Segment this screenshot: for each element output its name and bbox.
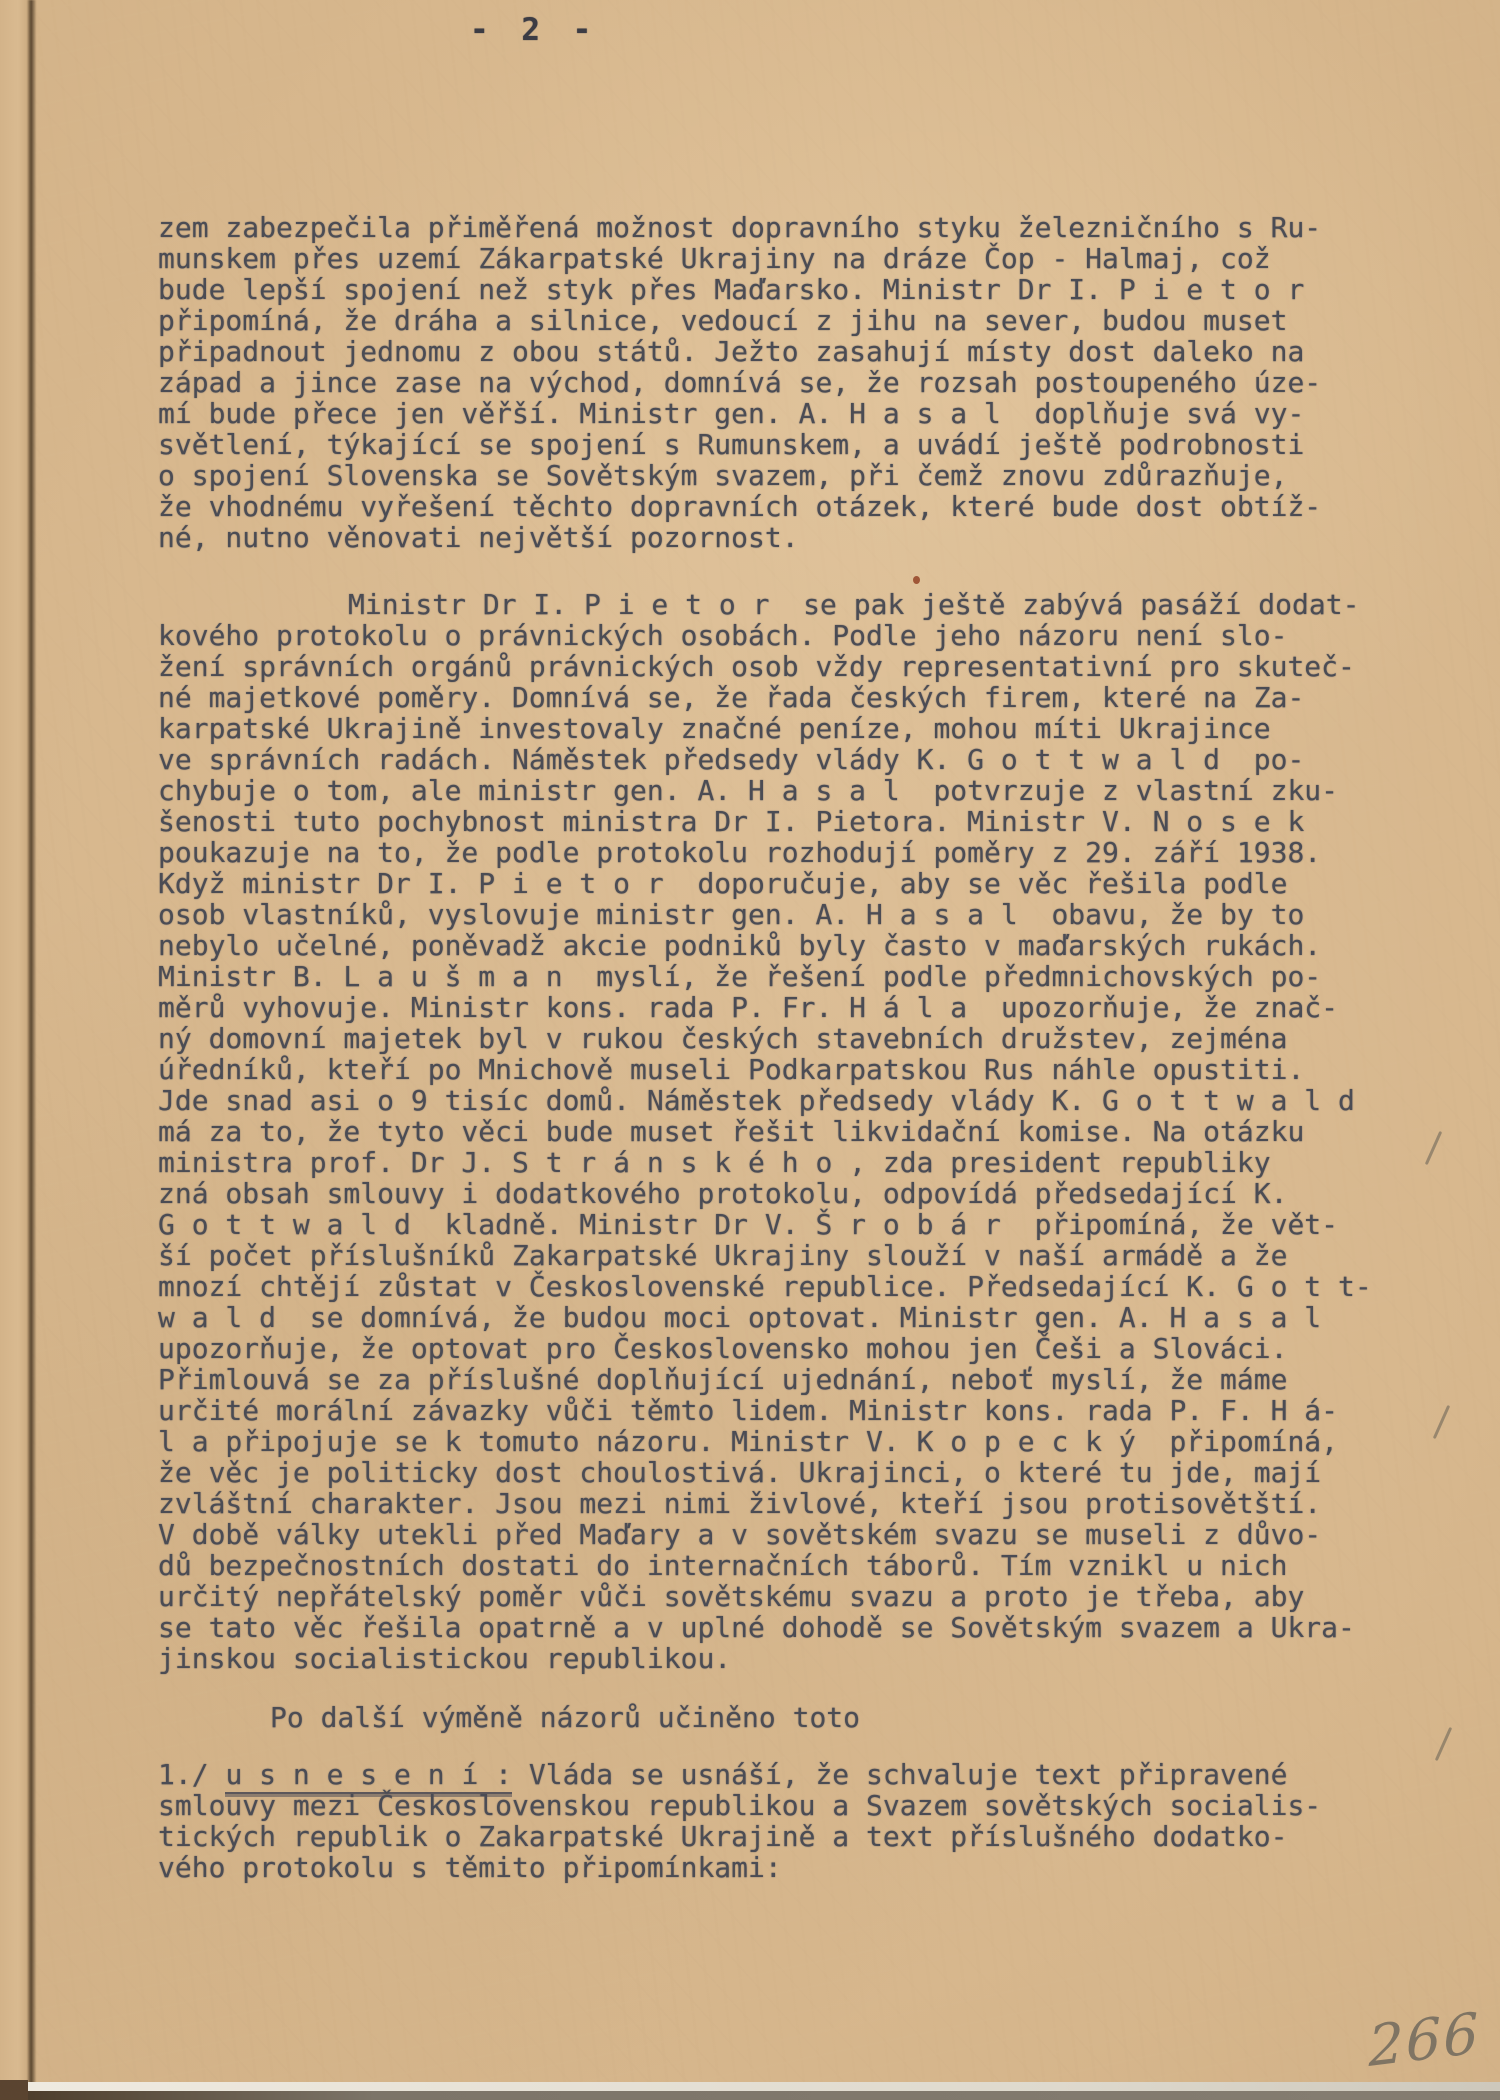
text-line: w a l d se domnívá, že budou moci optova… [158, 1302, 1458, 1333]
text-line: kového protokolu o právnických osobách. … [158, 620, 1458, 651]
paragraph: Ministr Dr I. P i e t o r se pak ještě z… [158, 589, 1458, 1674]
text-line: žení správních orgánů právnických osob v… [158, 651, 1458, 682]
text-line: ve správních radách. Náměstek předsedy v… [158, 744, 1458, 775]
text-line: o spojení Slovenska se Sovětským svazem,… [158, 460, 1458, 491]
text-line: Ministr B. L a u š m a n myslí, že řešen… [158, 961, 1458, 992]
text-line: Po další výměně názorů učiněno toto [158, 1702, 1458, 1733]
paragraph: Po další výměně názorů učiněno toto [158, 1702, 1458, 1733]
text-line: chybuje o tom, ale ministr gen. A. H a s… [158, 775, 1458, 806]
text-line: vého protokolu s těmito připomínkami: [158, 1852, 1458, 1883]
text-line: zná obsah smlouvy i dodatkového protokol… [158, 1178, 1458, 1209]
text-line: mnozí chtějí zůstat v Československé rep… [158, 1271, 1458, 1302]
text-line: smlouvy mezi Československou republikou … [158, 1790, 1458, 1821]
text-line: měrů vyhovuje. Ministr kons. rada P. Fr.… [158, 992, 1458, 1023]
text-line: Jde snad asi o 9 tisíc domů. Náměstek př… [158, 1085, 1458, 1116]
paper-speck [913, 576, 920, 584]
text-line: zem zabezpečila přiměřená možnost doprav… [158, 212, 1458, 243]
text-line: poukazuje na to, že podle protokolu rozh… [158, 837, 1458, 868]
text-line: upozorňuje, že optovat pro Československ… [158, 1333, 1458, 1364]
typewritten-text-body: zem zabezpečila přiměřená možnost doprav… [158, 212, 1458, 1883]
text-line: bude lepší spojení než styk přes Maďarsk… [158, 274, 1458, 305]
text-line: mí bude přece jen věřší. Ministr gen. A.… [158, 398, 1458, 429]
paragraph: zem zabezpečila přiměřená možnost doprav… [158, 212, 1458, 553]
text-line: určité morální závazky vůči těmto lidem.… [158, 1395, 1458, 1426]
text-line: l a připojuje se k tomuto názoru. Minist… [158, 1426, 1458, 1457]
text-line: né majetkové poměry. Domnívá se, že řada… [158, 682, 1458, 713]
text-line: dů bezpečnostních dostati do internačníc… [158, 1550, 1458, 1581]
text-line: ministra prof. Dr J. S t r á n s k é h o… [158, 1147, 1458, 1178]
text-line: osob vlastníků, vyslovuje ministr gen. A… [158, 899, 1458, 930]
text-line: ný domovní majetek byl v rukou českých s… [158, 1023, 1458, 1054]
text-line: Přimlouvá se za příslušné doplňující uje… [158, 1364, 1458, 1395]
text-line: munskem přes uzemí Zákarpatské Ukrajiny … [158, 243, 1458, 274]
text-line: Když ministr Dr I. P i e t o r doporučuj… [158, 868, 1458, 899]
text-line: že vhodnému vyřešení těchto dopravních o… [158, 491, 1458, 522]
text-line: jinskou socialistickou republikou. [158, 1643, 1458, 1674]
page-number: - 2 - [470, 12, 630, 48]
text-line: ší počet příslušníků Zakarpatské Ukrajin… [158, 1240, 1458, 1271]
text-line: 1./ u s n e s e n í : Vláda se usnáší, ž… [158, 1759, 1458, 1790]
text-line: připomíná, že dráha a silnice, vedoucí z… [158, 305, 1458, 336]
text-segment: 1./ [158, 1758, 225, 1791]
text-line: V době války utekli před Maďary a v sově… [158, 1519, 1458, 1550]
text-line: Ministr Dr I. P i e t o r se pak ještě z… [158, 589, 1458, 620]
paragraph: 1./ u s n e s e n í : Vláda se usnáší, ž… [158, 1759, 1458, 1883]
text-segment: Vláda se usnáší, že schvaluje text připr… [512, 1758, 1287, 1791]
text-line: karpatské Ukrajině investovaly značné pe… [158, 713, 1458, 744]
text-line: úředníků, kteří po Mnichově museli Podka… [158, 1054, 1458, 1085]
text-line: nebylo učelné, poněvadž akcie podniků by… [158, 930, 1458, 961]
text-line: určitý nepřátelský poměr vůči sovětskému… [158, 1581, 1458, 1612]
text-line: má za to, že tyto věci bude muset řešit … [158, 1116, 1458, 1147]
bottom-left-corner-shadow [0, 2080, 28, 2100]
scan-background-edge [0, 2091, 1500, 2100]
binding-margin-strip [0, 0, 30, 2100]
text-line: né, nutno věnovati největší pozornost. [158, 522, 1458, 553]
page-bottom-edge [28, 2082, 1500, 2091]
text-line: tických republik o Zakarpatské Ukrajině … [158, 1821, 1458, 1852]
text-line: připadnout jednomu z obou států. Ježto z… [158, 336, 1458, 367]
text-line: šenosti tuto pochybnost ministra Dr I. P… [158, 806, 1458, 837]
text-line: světlení, týkající se spojení s Rumunske… [158, 429, 1458, 460]
text-line: zvláštní charakter. Jsou mezi nimi živlo… [158, 1488, 1458, 1519]
scanned-document-page: { "page": { "number_label": "- 2 -", "ha… [0, 0, 1500, 2100]
text-line: západ a jince zase na východ, domnívá se… [158, 367, 1458, 398]
text-line: G o t t w a l d kladně. Ministr Dr V. Š … [158, 1209, 1458, 1240]
text-line: se tato věc řešila opatrně a v uplné doh… [158, 1612, 1458, 1643]
binding-crease-line [27, 0, 36, 2100]
handwritten-folio-number: 266 [1368, 2001, 1481, 2080]
text-line: že věc je politicky dost choulostivá. Uk… [158, 1457, 1458, 1488]
